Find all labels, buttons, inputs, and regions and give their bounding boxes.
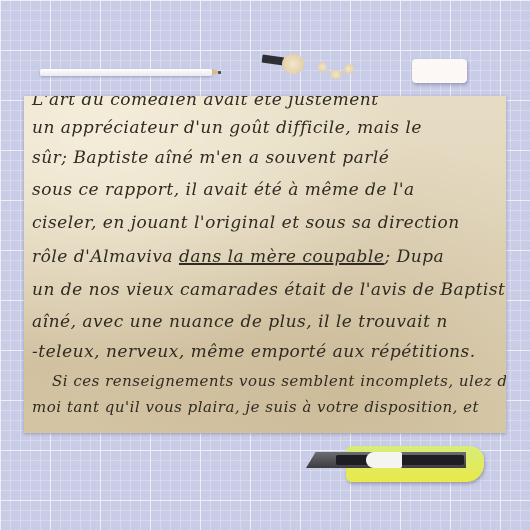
knife-slider xyxy=(366,452,402,468)
pencil-shaving xyxy=(318,62,327,72)
eraser xyxy=(412,59,467,83)
pencil-shaving xyxy=(282,54,304,74)
manuscript-line: sous ce rapport, il avait été à même de … xyxy=(32,180,415,200)
sharpener-blade xyxy=(262,55,285,66)
manuscript-line: moi tant qu'il vous plaira, je suis à vo… xyxy=(32,398,479,416)
pencil-shaving xyxy=(344,64,354,74)
pencil-shaving xyxy=(330,70,342,79)
pencil-lead xyxy=(218,71,221,74)
utility-knife xyxy=(306,446,484,482)
manuscript-line: un appréciateur d'un goût difficile, mai… xyxy=(32,118,422,138)
manuscript-line: Si ces renseignements vous semblent inco… xyxy=(52,372,506,390)
manuscript-page: L'art du comédien avait été justement un… xyxy=(24,96,506,433)
manuscript-line: L'art du comédien avait été justement xyxy=(32,96,379,110)
manuscript-line: -teleux, nerveux, même emporté aux répét… xyxy=(32,342,476,362)
manuscript-line: aîné, avec une nuance de plus, il le tro… xyxy=(32,312,448,332)
pencil xyxy=(40,69,212,76)
manuscript-text: ; Dupa xyxy=(384,247,444,267)
manuscript-line: sûr; Baptiste aîné m'en a souvent parlé xyxy=(32,148,389,168)
manuscript-line: rôle d'Almaviva dans la mère coupable; D… xyxy=(32,247,444,267)
manuscript-line: ciseler, en jouant l'original et sous sa… xyxy=(32,213,460,233)
underlined-title: dans la mère coupable xyxy=(179,247,384,267)
manuscript-line: un de nos vieux camarades était de l'avi… xyxy=(32,280,506,300)
manuscript-text: rôle d'Almaviva xyxy=(32,247,173,267)
